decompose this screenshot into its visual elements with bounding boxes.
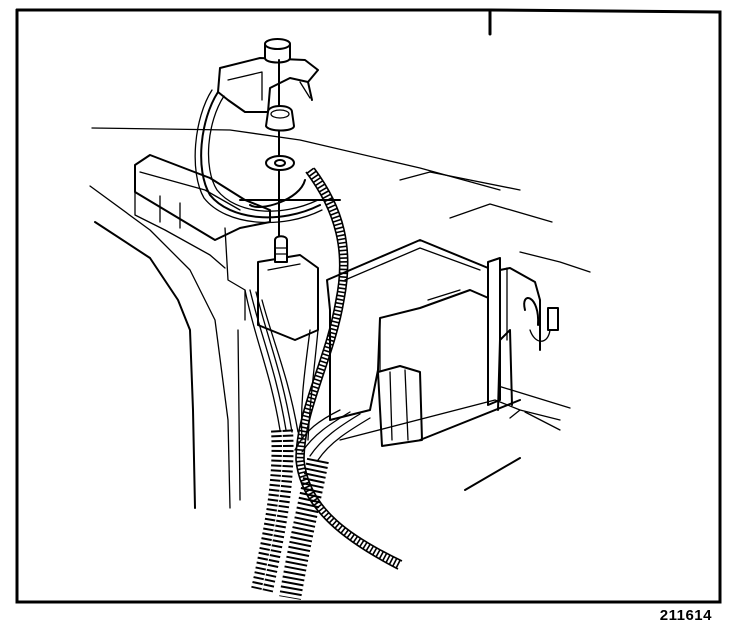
terminal-stud [258,236,318,340]
figure-number: 211614 [660,607,712,624]
harness-looms [262,430,318,598]
mounting-bracket [218,58,318,112]
washer [266,156,294,170]
technical-illustration [0,0,752,640]
nut [266,106,294,131]
side-connector [524,298,558,341]
